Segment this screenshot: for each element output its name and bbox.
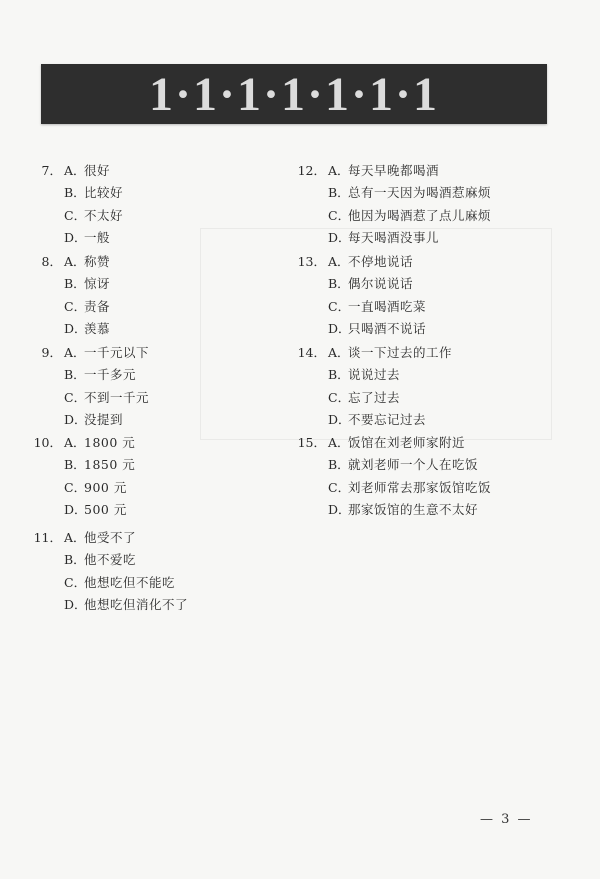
question-number: 10． — [32, 432, 62, 454]
question-9: 9．A．一千元以下 B．一千多元 C．不到一千元 D．没提到 — [32, 342, 149, 432]
option-letter: C． — [62, 387, 84, 409]
option-letter: C． — [326, 477, 348, 499]
page-number: — 3 — — [480, 812, 533, 827]
option-c: 忘了过去 — [348, 387, 400, 409]
option-b: 惊讶 — [84, 273, 110, 295]
option-letter: D． — [62, 409, 84, 431]
question-number: 14． — [296, 342, 326, 364]
question-13: 13．A．不停地说话 B．偶尔说说话 C．一直喝酒吃菜 D．只喝酒不说话 — [296, 251, 426, 341]
option-letter: C． — [326, 205, 348, 227]
option-b: 一千多元 — [84, 364, 136, 386]
option-c: 不太好 — [84, 205, 123, 227]
option-letter: D． — [326, 409, 348, 431]
section-banner: 1·1·1·1·1·1·1 — [41, 64, 547, 124]
question-14: 14．A．谈一下过去的工作 B．说说过去 C．忘了过去 D．不要忘记过去 — [296, 342, 452, 432]
option-c: 刘老师常去那家饭馆吃饭 — [348, 477, 491, 499]
option-letter: A． — [62, 342, 84, 364]
option-letter: A． — [62, 160, 84, 182]
option-b: 1850 元 — [84, 454, 135, 476]
option-letter: B． — [62, 454, 84, 476]
option-letter: C． — [62, 296, 84, 318]
option-letter: D． — [326, 318, 348, 340]
option-a: 很好 — [84, 160, 110, 182]
option-letter: D． — [62, 318, 84, 340]
question-number: 9． — [32, 342, 62, 364]
option-letter: B． — [62, 364, 84, 386]
option-letter: C． — [62, 477, 84, 499]
question-15: 15．A．饭馆在刘老师家附近 B．就刘老师一个人在吃饭 C．刘老师常去那家饭馆吃… — [296, 432, 491, 522]
option-letter: B． — [62, 182, 84, 204]
option-d: 羡慕 — [84, 318, 110, 340]
option-letter: A． — [326, 432, 348, 454]
option-letter: C． — [326, 387, 348, 409]
question-number: 8． — [32, 251, 62, 273]
option-letter: A． — [326, 160, 348, 182]
option-letter: D． — [62, 499, 84, 521]
option-c: 900 元 — [84, 477, 127, 499]
question-12: 12．A．每天早晚都喝酒 B．总有一天因为喝酒惹麻烦 C．他因为喝酒惹了点儿麻烦… — [296, 160, 491, 250]
option-letter: D． — [62, 227, 84, 249]
option-letter: A． — [326, 342, 348, 364]
option-a: 每天早晚都喝酒 — [348, 160, 439, 182]
option-letter: B． — [326, 364, 348, 386]
question-11: 11．A．他受不了 B．他不爱吃 C．他想吃但不能吃 D．他想吃但消化不了 — [32, 527, 188, 617]
option-c: 责备 — [84, 296, 110, 318]
option-letter: A． — [326, 251, 348, 273]
option-letter: C． — [326, 296, 348, 318]
option-letter: B． — [326, 182, 348, 204]
option-d: 他想吃但消化不了 — [84, 594, 188, 616]
option-c: 他因为喝酒惹了点儿麻烦 — [348, 205, 491, 227]
option-b: 比较好 — [84, 182, 123, 204]
question-8: 8．A．称赞 B．惊讶 C．责备 D．羡慕 — [32, 251, 110, 341]
option-letter: D． — [62, 594, 84, 616]
option-b: 说说过去 — [348, 364, 400, 386]
option-a: 一千元以下 — [84, 342, 149, 364]
option-letter: B． — [326, 273, 348, 295]
option-letter: D． — [326, 227, 348, 249]
option-letter: A． — [62, 432, 84, 454]
option-c: 不到一千元 — [84, 387, 149, 409]
option-letter: B． — [62, 273, 84, 295]
option-d: 500 元 — [84, 499, 127, 521]
option-letter: C． — [62, 205, 84, 227]
option-letter: B． — [62, 549, 84, 571]
option-d: 只喝酒不说话 — [348, 318, 426, 340]
option-b: 总有一天因为喝酒惹麻烦 — [348, 182, 491, 204]
option-letter: A． — [62, 251, 84, 273]
option-d: 一般 — [84, 227, 110, 249]
option-b: 就刘老师一个人在吃饭 — [348, 454, 478, 476]
question-number: 7． — [32, 160, 62, 182]
option-d: 没提到 — [84, 409, 123, 431]
question-number: 13． — [296, 251, 326, 273]
option-c: 他想吃但不能吃 — [84, 572, 175, 594]
option-b: 他不爱吃 — [84, 549, 136, 571]
question-number: 11． — [32, 527, 62, 549]
option-a: 他受不了 — [84, 527, 136, 549]
option-letter: D． — [326, 499, 348, 521]
option-d: 那家饭馆的生意不太好 — [348, 499, 478, 521]
option-c: 一直喝酒吃菜 — [348, 296, 426, 318]
option-a: 饭馆在刘老师家附近 — [348, 432, 465, 454]
option-d: 不要忘记过去 — [348, 409, 426, 431]
option-b: 偶尔说说话 — [348, 273, 413, 295]
option-a: 谈一下过去的工作 — [348, 342, 452, 364]
option-d: 每天喝酒没事儿 — [348, 227, 439, 249]
option-letter: A． — [62, 527, 84, 549]
option-a: 1800 元 — [84, 432, 135, 454]
question-number: 15． — [296, 432, 326, 454]
question-number: 12． — [296, 160, 326, 182]
question-10: 10．A．1800 元 B．1850 元 C．900 元 D．500 元 — [32, 432, 135, 522]
banner-title: 1·1·1·1·1·1·1 — [149, 71, 439, 119]
option-a: 不停地说话 — [348, 251, 413, 273]
option-letter: B． — [326, 454, 348, 476]
question-7: 7．A．很好 B．比较好 C．不太好 D．一般 — [32, 160, 123, 250]
option-letter: C． — [62, 572, 84, 594]
option-a: 称赞 — [84, 251, 110, 273]
